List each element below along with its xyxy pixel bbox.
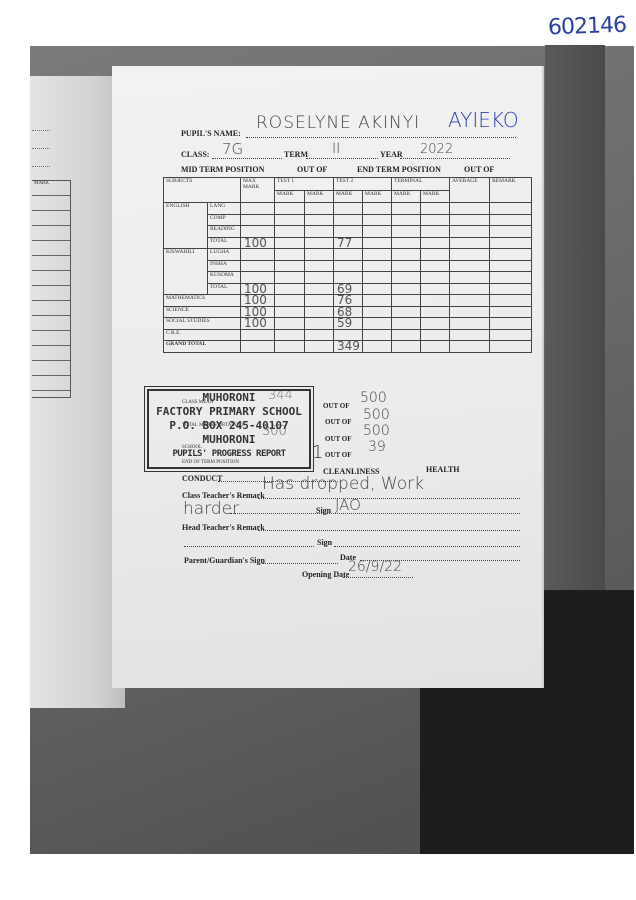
max-mark-cell: 100 [241,237,275,249]
test2-mark-cell: 77 [334,237,363,249]
test2-mark-cell: 59 [334,318,363,330]
left-page-dotted-line [32,148,50,149]
out-of-label-4: OUT OF [325,451,352,459]
mid-term-position-label: MID TERM POSITION [181,165,264,174]
test2-mark-cell [334,260,363,272]
max-mark-cell [241,203,275,215]
remark-header: REMARK [490,178,532,203]
test2-mark-cell: 76 [334,295,363,307]
average-header: AVERAGE [450,178,490,203]
table-row-kiswahili-kusoma: KUSOMA [164,272,532,284]
year-value: 2022 [420,142,453,157]
max-mark-cell: 100 [241,283,275,295]
mark-subheader: MARK [275,190,305,203]
class-teacher-sign-label: Sign [316,506,331,515]
out-of-label-2: OUT OF [325,418,352,426]
table-row-social-studies: SOCIAL STUDIES 100 59 [164,318,532,330]
test2-mark-cell: 68 [334,306,363,318]
mark-subheader: MARK [392,190,421,203]
class-label: CLASS: [181,150,209,159]
mid-term-out-of-label: OUT OF [297,165,327,174]
subject-mathematics: MATHEMATICS [164,295,241,307]
test2-mark-cell [334,272,363,284]
scan-reference-number: 602146 [548,13,627,41]
max-mark-cell [241,226,275,238]
term-value: II [332,141,340,157]
grand-total-label: GRAND TOTAL [164,341,241,353]
head-teacher-sign-line [334,546,520,547]
year-line [400,158,510,159]
term-label: TERM [284,150,308,159]
subject-kiswahili: KISWAHILI [164,249,208,295]
test2-header: TEST 2 [334,178,392,191]
test2-mark-cell: 69 [334,283,363,295]
class-teacher-remark-line-2 [230,513,520,514]
table-row-science: SCIENCE 100 68 [164,306,532,318]
subcomponent-cell: KUSOMA [208,272,241,284]
marks-table: SUBJECTS MAX MARK TEST 1 TEST 2 TERMINAL… [163,177,532,353]
head-teacher-sign-label: Sign [317,538,332,547]
table-row-cre: C.R.E. [164,329,532,341]
class-teacher-remark-line [258,498,520,499]
test2-mark-cell [334,214,363,226]
subcomponent-cell: TOTAL [208,237,241,249]
head-teacher-remark-label: Head Teacher's Remark [182,523,265,532]
class-teacher-remark-text-cont: harder [183,499,239,519]
subject-social-studies: SOCIAL STUDIES [164,318,241,330]
table-row-mathematics: MATHEMATICS 100 76 [164,295,532,307]
subcomponent-cell: LUGHA [208,249,241,261]
stamp-line-4: MUHORONI [149,433,309,447]
subcomponent-cell: COMP [208,214,241,226]
stamp-line-3: P.O. BOX 245-40107 [149,419,309,433]
subcomponent-cell: READING [208,226,241,238]
out-of-value-4: 39 [368,439,386,455]
max-mark-cell [241,272,275,284]
subcomponent-cell: INSHA [208,260,241,272]
parent-sign-line [262,563,338,564]
out-of-label-1: OUT OF [323,402,350,410]
pupil-name-annotation: AYIEKO [448,108,519,132]
class-teacher-remark-text: Has dropped, Work [262,474,424,494]
mark-subheader: MARK [305,190,334,203]
subject-science: SCIENCE [164,306,241,318]
end-term-out-of-label: OUT OF [464,165,494,174]
max-mark-cell [241,249,275,261]
subjects-header: SUBJECTS [164,178,241,203]
left-page-dotted-line [32,130,50,131]
stamp-line-5: PUPILS' PROGRESS REPORT [149,447,309,461]
stamp-line-1: MUHORONI [149,391,309,405]
class-value: 7G [222,140,243,158]
mark-subheader: MARK [421,190,450,203]
table-row-grand-total: GRAND TOTAL 349 [164,341,532,353]
max-mark-cell: 100 [241,295,275,307]
conduct-label: CONDUCT [182,474,222,483]
test2-mark-cell [334,226,363,238]
left-page-remark-header: MARK [32,181,70,196]
school-stamp: MUHORONI FACTORY PRIMARY SCHOOL P.O. BOX… [147,389,311,469]
test2-mark-cell [334,249,363,261]
head-teacher-remark-line-2 [184,546,314,547]
mark-subheader: MARK [334,190,363,203]
end-term-position-label: END TERM POSITION [357,165,441,174]
max-mark-cell [241,329,275,341]
out-of-value-2: 500 [363,407,390,423]
pupil-name-line [246,137,516,138]
subcomponent-cell: TOTAL [208,283,241,295]
term-line [306,158,378,159]
out-of-value-1: 500 [360,390,387,406]
subcomponent-cell: LANG [208,203,241,215]
grand-total-value: 349 [334,341,363,353]
terminal-header: TERMINAL [392,178,450,191]
mark-subheader: MARK [363,190,392,203]
table-row-english-total: TOTAL 100 77 [164,237,532,249]
pupil-name-value: ROSELYNE AKINYI [256,113,420,133]
max-mark-cell [241,214,275,226]
table-row-kiswahili-lugha: KISWAHILI LUGHA [164,249,532,261]
max-mark-cell: 100 [241,318,275,330]
pupil-name-label: PUPIL'S NAME: [181,129,241,138]
table-row-kiswahili-insha: INSHA [164,260,532,272]
max-mark-cell: 100 [241,306,275,318]
progress-report-page [112,66,542,688]
max-mark-cell [241,341,275,353]
table-row-english-reading: READING [164,226,532,238]
max-mark-header: MAX MARK [241,178,275,203]
table-row-english-comp: COMP [164,214,532,226]
table-row-kiswahili-total: TOTAL 100 69 [164,283,532,295]
position-value: 1 [312,442,323,463]
opening-date-line [343,577,413,578]
subject-cre: C.R.E. [164,329,241,341]
test1-header: TEST 1 [275,178,334,191]
opening-date-value: 26/9/22 [348,559,402,575]
health-label: HEALTH [426,465,460,474]
left-page-dotted-line [32,166,50,167]
test2-mark-cell [334,329,363,341]
class-teacher-signature: JAO [335,496,361,514]
head-teacher-remark-line [258,530,520,531]
table-row-english-lang: ENGLISH LANG [164,203,532,215]
parent-guardian-sign-label: Parent/Guardian's Sign [184,556,265,565]
subject-english: ENGLISH [164,203,208,249]
out-of-value-3: 500 [363,423,390,439]
stamp-line-2: FACTORY PRIMARY SCHOOL [149,405,309,419]
max-mark-cell [241,260,275,272]
left-page-table: MARK [32,180,71,398]
test2-mark-cell [334,203,363,215]
class-line [212,158,282,159]
out-of-label-3: OUT OF [325,435,352,443]
